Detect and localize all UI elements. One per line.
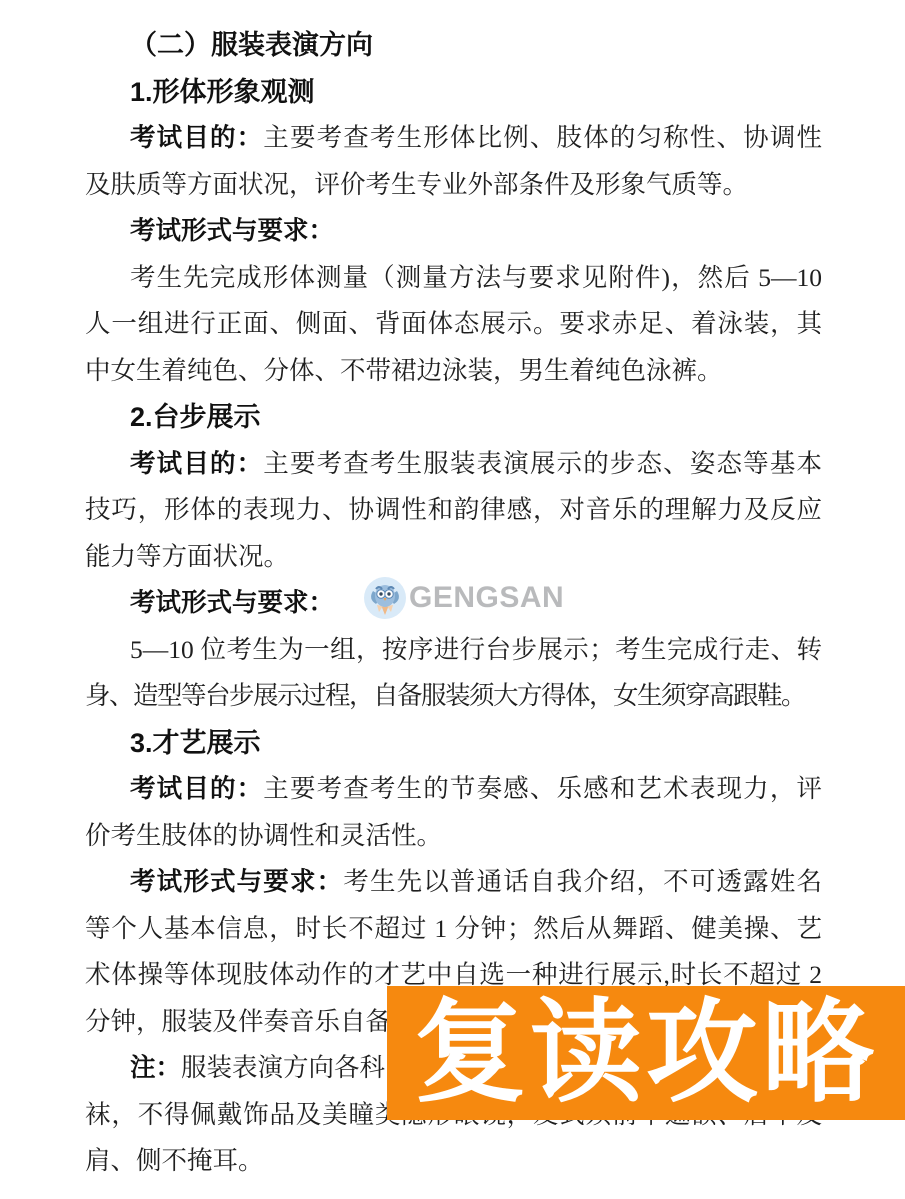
line-text: 分钟，服装及伴奏音乐自备 [85,1007,391,1036]
text-line: 考试目的：主要考查考生形体比例、肢体的匀称性、协调性 [85,115,822,162]
text-line: 3.才艺展示 [85,720,822,767]
line-text: 价考生肢体的协调性和灵活性。 [85,821,442,850]
line-text: 主要考查考生形体比例、肢体的匀称性、协调性 [263,123,822,152]
line-text: 人一组进行正面、侧面、背面体态展示。要求赤足、着泳装，其 [85,309,822,338]
text-line: 5—10 位考生为一组，按序进行台步展示；考生完成行走、转 [85,627,822,674]
text-line: 考生先完成形体测量（测量方法与要求见附件)，然后 5—10 [85,255,822,302]
bold-label: 考试目的： [130,449,263,478]
text-line: 中女生着纯色、分体、不带裙边泳装，男生着纯色泳裤。 [85,348,822,395]
bold-label: 考试形式与要求： [130,588,334,617]
line-text: 身、造型等台步展示过程，自备服装须大方得体，女生须穿高跟鞋。 [85,681,805,710]
bold-label: 注： [130,1053,181,1082]
line-text: 5—10 位考生为一组，按序进行台步展示；考生完成行走、转 [130,635,822,664]
line-text: （二）服装表演方向 [130,30,373,60]
text-line: 价考生肢体的协调性和灵活性。 [85,813,822,860]
overlay-banner: 复读攻略 [387,986,905,1120]
line-text: 技巧，形体的表现力、协调性和韵律感，对音乐的理解力及反应 [85,495,822,524]
text-line: 及肤质等方面状况，评价考生专业外部条件及形象气质等。 [85,162,822,209]
text-line: 2.台步展示 [85,394,822,441]
text-line: 技巧，形体的表现力、协调性和韵律感，对音乐的理解力及反应 [85,487,822,534]
line-text: 等个人基本信息，时长不超过 1 分钟；然后从舞蹈、健美操、艺 [85,914,822,943]
line-text: 考生先以普通话自我介绍，不可透露姓名 [343,867,822,896]
text-line: 考试形式与要求： [85,208,822,255]
line-text: 术体操等体现肢体动作的才艺中自选一种进行展示,时长不超过 2 [85,960,822,989]
document-page: { "page": { "background": "#ffffff", "te… [0,0,905,1199]
bold-label: 考试目的： [130,123,263,152]
text-line: 考试目的：主要考查考生服装表演展示的步态、姿态等基本 [85,441,822,488]
line-text: 及肤质等方面状况，评价考生专业外部条件及形象气质等。 [85,170,748,199]
text-line: （二）服装表演方向 [85,22,822,69]
text-line: 考试形式与要求： [85,580,822,627]
line-text: 主要考查考生的节奏感、乐感和艺术表现力，评 [263,774,822,803]
text-line: 等个人基本信息，时长不超过 1 分钟；然后从舞蹈、健美操、艺 [85,906,822,953]
text-line: 考试目的：主要考查考生的节奏感、乐感和艺术表现力，评 [85,766,822,813]
text-line: 肩、侧不掩耳。 [85,1138,822,1185]
line-text: 能力等方面状况。 [85,542,289,571]
line-text: 服装表演方向各科 [181,1053,385,1082]
line-text: 3.才艺展示 [130,728,261,758]
text-line: 身、造型等台步展示过程，自备服装须大方得体，女生须穿高跟鞋。 [85,673,822,720]
bold-label: 考试形式与要求： [130,216,334,245]
bold-label: 考试形式与要求： [130,867,343,896]
bold-label: 考试目的： [130,774,263,803]
text-line: 能力等方面状况。 [85,534,822,581]
text-line: 1.形体形象观测 [85,69,822,116]
line-text: 2.台步展示 [130,402,261,432]
line-text: 考生先完成形体测量（测量方法与要求见附件)，然后 5—10 [130,263,822,292]
line-text: 中女生着纯色、分体、不带裙边泳装，男生着纯色泳裤。 [85,356,723,385]
line-text: 1.形体形象观测 [130,77,315,107]
text-line: 考试形式与要求：考生先以普通话自我介绍，不可透露姓名 [85,859,822,906]
banner-text: 复读攻略 [414,997,878,1109]
line-text: 主要考查考生服装表演展示的步态、姿态等基本 [263,449,822,478]
line-text: 肩、侧不掩耳。 [85,1146,264,1175]
text-line: 人一组进行正面、侧面、背面体态展示。要求赤足、着泳装，其 [85,301,822,348]
